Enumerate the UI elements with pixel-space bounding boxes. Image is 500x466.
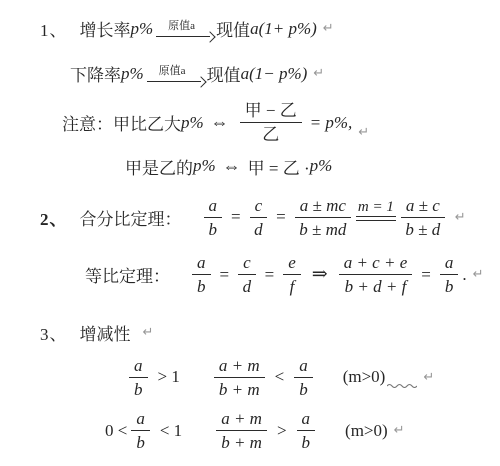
decline-rate-formula-line: 下降率 p% 原值a 现值 a(1− p%) ↵ — [70, 61, 500, 86]
fraction-a-over-b: a b — [192, 252, 211, 298]
paragraph-mark-icon: ↵ — [423, 370, 434, 385]
condition-text: m = 1 — [356, 199, 396, 216]
fraction-numerator: a ± c — [401, 195, 445, 218]
fraction-numerator: a — [131, 408, 150, 431]
implies-symbol: ⇒ — [312, 263, 328, 286]
decline-rate-label: 下降率 — [70, 61, 121, 86]
paragraph-mark-icon: ↵ — [394, 423, 405, 438]
comparison-less-than-1: < 1 — [160, 421, 182, 441]
arrow-shaft — [156, 36, 210, 37]
condition-m-greater-than-0: (m>0) — [343, 367, 386, 387]
arrow-label-original-value: 原值a — [159, 65, 186, 79]
conclusion-rate-variable: p% — [310, 156, 333, 176]
equals-sign: = — [276, 207, 286, 227]
labeled-arrow: 原值a — [147, 65, 204, 82]
fraction-numerator: a — [297, 408, 316, 431]
fraction-numerator: a ± mc — [295, 195, 351, 218]
paragraph-mark-icon: ↵ — [323, 21, 334, 36]
iff-symbol: ⇔ — [211, 112, 229, 133]
growth-rate-label: 增长率 — [80, 16, 131, 41]
fraction-numerator: c — [238, 252, 256, 275]
item-number-2: 2、 — [40, 205, 68, 230]
double-rule — [356, 216, 396, 221]
item-number-1: 1、 — [40, 16, 68, 41]
fraction-denominator: b — [445, 275, 454, 297]
fraction-a-over-b: a b — [297, 408, 316, 454]
fraction-a-over-b: a b — [129, 355, 148, 401]
rate-variable: p% — [193, 156, 216, 176]
sentence-period: . — [462, 265, 466, 285]
monotonicity-heading-line: 3、 增减性 ↵ — [40, 320, 500, 345]
fraction-numerator: a — [204, 195, 223, 218]
fraction-a-pm-c-over-b-pm-d: a ± c b ± d — [401, 195, 445, 241]
iff-symbol: ⇔ — [223, 156, 241, 177]
fraction-numerator: 甲 − 乙 — [240, 100, 302, 123]
arrowhead-icon — [195, 76, 206, 87]
fraction-numerator: a + m — [214, 355, 265, 378]
fraction-denominator: b ± md — [299, 218, 346, 240]
paragraph-mark-icon: ↵ — [358, 125, 369, 140]
fraction-a-over-b: a b — [294, 355, 313, 401]
present-value-expression: a(1− p%) — [241, 64, 308, 84]
fraction-numerator: e — [283, 252, 301, 275]
growth-rate-variable: p% — [131, 19, 154, 39]
present-value-label: 现值 — [216, 16, 250, 41]
wavy-underline-icon — [387, 373, 417, 393]
greater-than-sign: > — [277, 421, 287, 441]
rate-result: p%, — [325, 113, 352, 133]
merge-ratio-theorem-line: 2、 合分比定理： a b = c d = a ± mc b ± md m = … — [40, 195, 500, 241]
fraction-a-plus-m-over-b-plus-m: a + m b + m — [216, 408, 267, 454]
fraction-denominator: b — [299, 378, 308, 400]
equals-sign: = — [311, 113, 321, 133]
fraction-denominator: b ± d — [405, 218, 440, 240]
fraction-numerator: a — [294, 355, 313, 378]
condition-m-greater-than-0: (m>0) — [345, 421, 388, 441]
labeled-arrow: 原值a — [156, 20, 213, 37]
growth-rate-formula-line: 1、 增长率 p% 原值a 现值 a(1+ p%) ↵ — [40, 16, 500, 41]
fraction-c-over-d: c d — [250, 195, 268, 241]
equals-sign: = — [421, 265, 431, 285]
equals-sign: = — [220, 265, 230, 285]
fraction-numerator: a — [192, 252, 211, 275]
fraction-a-over-b: a b — [131, 408, 150, 454]
equals-sign: = — [231, 207, 241, 227]
fraction-numerator: a — [129, 355, 148, 378]
fraction-e-over-f: e f — [283, 252, 301, 298]
fraction-numerator: a + m — [216, 408, 267, 431]
clause-a-is-percent-of-b: 甲是乙的 — [125, 154, 193, 179]
conclusion-expression: 甲 = 乙 · — [248, 154, 310, 179]
monotonicity-case1-line: a b > 1 a + m b + m < a b (m>0) ↵ — [125, 355, 500, 401]
paragraph-mark-icon: ↵ — [313, 66, 324, 81]
present-value-label: 现值 — [207, 61, 241, 86]
fraction-c-over-d: c d — [238, 252, 256, 298]
fraction-denominator: b — [197, 275, 206, 297]
fraction-denominator: b — [209, 218, 218, 240]
equals-sign: = — [265, 265, 275, 285]
fraction-a-over-b: a b — [204, 195, 223, 241]
fraction-denominator: b + m — [221, 431, 262, 453]
fraction-numerator: a — [440, 252, 459, 275]
fraction-denominator: f — [290, 275, 295, 297]
fraction-a-over-b: a b — [440, 252, 459, 298]
arrow-label-original-value: 原值a — [168, 20, 195, 34]
note-proportion-line: 甲是乙的 p% ⇔ 甲 = 乙 · p% — [125, 154, 500, 179]
equal-ratio-theorem-label: 等比定理： — [85, 262, 170, 287]
fraction-numerator: c — [250, 195, 268, 218]
arrow-shaft — [147, 81, 201, 82]
conditional-equals-m-equals-1: m = 1 — [356, 199, 396, 221]
fraction-denominator: b — [136, 431, 145, 453]
arrowhead-icon — [204, 31, 215, 42]
paragraph-mark-icon: ↵ — [455, 210, 466, 225]
fraction-a-plus-m-over-b-plus-m: a + m b + m — [214, 355, 265, 401]
fraction-denominator: b — [302, 431, 311, 453]
clause-a-bigger-than-b: 甲比乙大 — [113, 110, 181, 135]
merge-ratio-theorem-label: 合分比定理： — [80, 205, 182, 230]
note-comparison-line: 注意： 甲比乙大 p% ⇔ 甲 − 乙 乙 = p%, ↵ — [62, 100, 500, 146]
present-value-expression: a(1+ p%) — [250, 19, 317, 39]
paragraph-mark-icon: ↵ — [473, 267, 484, 282]
comparison-greater-than-1: > 1 — [158, 367, 180, 387]
decline-rate-variable: p% — [121, 64, 144, 84]
fraction-denominator: b — [134, 378, 143, 400]
less-than-sign: < — [275, 367, 285, 387]
item-number-3: 3、 — [40, 320, 68, 345]
monotonicity-case2-line: 0 < a b < 1 a + m b + m > a b (m>0) ↵ — [105, 408, 500, 454]
paragraph-mark-icon: ↵ — [143, 325, 154, 340]
lower-bound-zero: 0 < — [105, 421, 127, 441]
rate-variable: p% — [181, 113, 204, 133]
fraction-denominator: b + m — [219, 378, 260, 400]
document-page: 1、 增长率 p% 原值a 现值 a(1+ p%) ↵ 下降率 p% 原值a 现… — [0, 0, 500, 466]
fraction-denominator: b + d + f — [345, 275, 407, 297]
monotonicity-title: 增减性 — [80, 320, 131, 345]
fraction-a-pm-mc-over-b-pm-md: a ± mc b ± md — [295, 195, 351, 241]
fraction-denominator: d — [254, 218, 263, 240]
equal-ratio-theorem-line: 等比定理： a b = c d = e f ⇒ a + c + e b + d … — [85, 252, 500, 298]
fraction-numerator: a + c + e — [339, 252, 413, 275]
fraction-denominator: d — [243, 275, 252, 297]
fraction-denominator: 乙 — [262, 123, 279, 145]
fraction-jia-minus-yi-over-yi: 甲 − 乙 乙 — [240, 100, 302, 146]
fraction-sum-over-sum: a + c + e b + d + f — [339, 252, 413, 298]
note-label: 注意： — [62, 110, 113, 135]
